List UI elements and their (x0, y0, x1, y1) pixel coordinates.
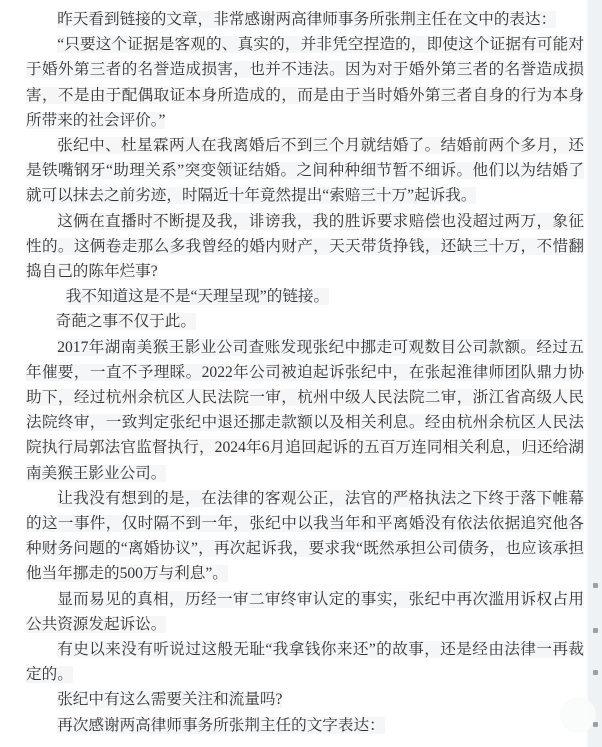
paragraph-text: 昨天看到链接的文章，非常感谢两高律师事务所张荆主任在文中的表达： (57, 11, 556, 28)
paragraph-2-quote: “只要这个证据是客观的、真实的，并非凭空捏造的，即使这个证据有可能对于婚外第三者… (26, 32, 584, 133)
paragraph-12: 再次感谢两高律师事务所张荆主任的文字表达： (26, 713, 584, 738)
edge-halo-artifact (560, 697, 596, 733)
article-body: 昨天看到链接的文章，非常感谢两高律师事务所张荆主任在文中的表达： “只要这个证据… (26, 7, 584, 738)
paragraph-1: 昨天看到链接的文章，非常感谢两高律师事务所张荆主任在文中的表达： (26, 7, 584, 32)
article-page: 昨天看到链接的文章，非常感谢两高律师事务所张荆主任在文中的表达： “只要这个证据… (0, 0, 602, 747)
paragraph-text: 我不知道这是不是“天理呈现”的链接。 (66, 288, 329, 305)
paragraph-text: 再次感谢两高律师事务所张荆主任的文字表达： (57, 717, 384, 734)
edge-artifact (593, 583, 598, 588)
paragraph-5: 我不知道这是不是“天理呈现”的链接。 (26, 284, 584, 309)
paragraph-8: 让我没有想到的是，在法律的客观公正，法官的严格执法之下终于落下帷幕的这一事件，仅… (26, 486, 584, 587)
paragraph-text: 奇葩之事不仅于此。 (56, 313, 196, 330)
paragraph-text: 显而易见的真相，历经一审二审终审认定的事实，张纪中再次滥用诉权占用公共资源发起诉… (26, 591, 584, 633)
paragraph-7: 2017年湖南美猴王影业公司查账发现张纪中挪走可观数目公司款额。经过五年催要，一… (26, 335, 584, 486)
paragraph-text: 张纪中、杜星霖两人在我离婚后不到三个月就结婚了。结婚前两个多月，还是铁嘴钢牙“助… (26, 137, 584, 204)
paragraph-text: 2017年湖南美猴王影业公司查账发现张纪中挪走可观数目公司款额。经过五年催要，一… (26, 339, 584, 482)
paragraph-10: 有史以来没有听说过这般无耻“我拿钱你来还”的故事，还是经由法律一再裁定的。 (26, 637, 584, 687)
paragraph-9: 显而易见的真相，历经一审二审终审认定的事实，张纪中再次滥用诉权占用公共资源发起诉… (26, 587, 584, 637)
paragraph-text: 这俩在直播时不断提及我，诽谤我，我的胜诉要求赔偿也没超过两万，象征性的。这俩卷走… (26, 213, 584, 280)
paragraph-text: 有史以来没有听说过这般无耻“我拿钱你来还”的故事，还是经由法律一再裁定的。 (26, 641, 584, 683)
paragraph-6: 奇葩之事不仅于此。 (26, 309, 584, 334)
paragraph-text: “只要这个证据是客观的、真实的，并非凭空捏造的，即使这个证据有可能对于婚外第三者… (26, 36, 584, 129)
edge-artifact (593, 670, 598, 675)
edge-artifact (593, 628, 598, 633)
paragraph-11: 张纪中有这么需要关注和流量吗? (26, 687, 584, 712)
paragraph-4: 这俩在直播时不断提及我，诽谤我，我的胜诉要求赔偿也没超过两万，象征性的。这俩卷走… (26, 209, 584, 285)
paragraph-text: 让我没有想到的是，在法律的客观公正，法官的严格执法之下终于落下帷幕的这一事件，仅… (26, 490, 584, 583)
paragraph-3: 张纪中、杜星霖两人在我离婚后不到三个月就结婚了。结婚前两个多月，还是铁嘴钢牙“助… (26, 133, 584, 209)
edge-artifact (593, 722, 598, 727)
paragraph-text: 张纪中有这么需要关注和流量吗? (57, 691, 282, 708)
page-right-edge-strip (586, 0, 602, 747)
